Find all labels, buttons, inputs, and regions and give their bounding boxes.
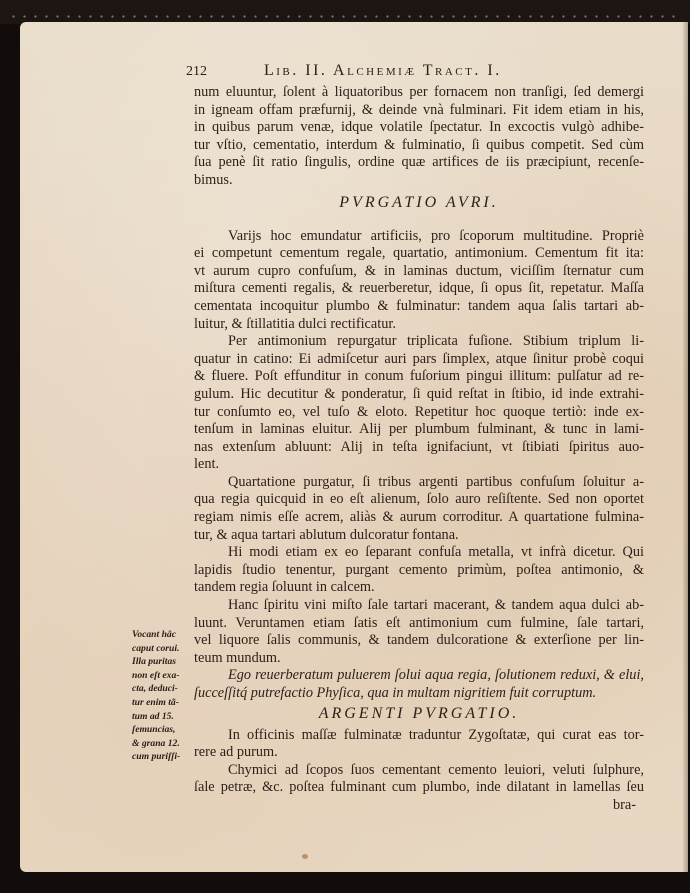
margin-note-line: Illa puritas bbox=[132, 655, 200, 669]
page-number: 212 bbox=[186, 64, 207, 80]
running-head: 212 Lib. II. Alchemiæ Tract. I. bbox=[186, 62, 646, 82]
text-line: luunt. Veruntamen etiam ſatis eſt antimo… bbox=[194, 615, 644, 633]
catchword: bra- bbox=[194, 797, 644, 815]
text-line: bimus. bbox=[194, 172, 644, 190]
text-line: qua regia quicquid in eo eſt alienum, ſo… bbox=[194, 491, 644, 509]
text-line: tur conſumto eo, vel tuſo & eloto. Repet… bbox=[194, 404, 644, 422]
text-line: ſale petræ, &c. poſtea fulminant cum plu… bbox=[194, 779, 644, 797]
section-heading-gold: PVRGATIO AVRI. bbox=[194, 192, 644, 216]
text-line: lent. bbox=[194, 456, 644, 474]
section-heading-silver: ARGENTI PVRGATIO. bbox=[194, 703, 644, 727]
text-line: num eluuntur, ſolent à liquatoribus per … bbox=[194, 84, 644, 102]
text-line: Per antimonium repurgatur triplicata fuſ… bbox=[194, 333, 644, 351]
text-line: Hi modi etiam ex eo ſeparant confuſa met… bbox=[194, 544, 644, 562]
text-line: vt aurum cupro confuſum, & in laminas du… bbox=[194, 263, 644, 281]
text-line: in igneam offam præfurnij, & deinde vnà … bbox=[194, 102, 644, 120]
text-line: tandem regia ſoluunt in calcem. bbox=[194, 579, 644, 597]
text-line: in quibus parum venæ, idque volatile ſpe… bbox=[194, 119, 644, 137]
text-line: miſtura cementi regalis, & reuerberetur,… bbox=[194, 280, 644, 298]
text-line: rere ad purum. bbox=[194, 744, 644, 762]
text-line: Hanc ſpiritu vini miſto ſale tartari mac… bbox=[194, 597, 644, 615]
text-line: Quartatione purgatur, ſi tribus argenti … bbox=[194, 474, 644, 492]
italic-note-line: ſucceſſitq́ putrefactio Phyſica, qua in … bbox=[194, 685, 644, 703]
paper-stain bbox=[302, 854, 308, 859]
text-line: gulum. Hic decutitur & ponderatur, ſi qu… bbox=[194, 386, 644, 404]
margin-note-line: tur enim tã- bbox=[132, 696, 200, 710]
italic-note-line: Ego reuerberatum puluerem ſolui aqua reg… bbox=[194, 667, 644, 685]
margin-note-line: Vocant hâc bbox=[132, 628, 200, 642]
text-line: tur, & aqua tartari ablutum dulcoratur f… bbox=[194, 527, 644, 545]
text-line: Varijs hoc emundatur artificiis, pro ſco… bbox=[194, 228, 644, 246]
running-title: Lib. II. Alchemiæ Tract. I. bbox=[264, 62, 502, 80]
text-line: In officinis maſſæ fulminatæ traduntur Z… bbox=[194, 727, 644, 745]
text-line: tur vſtio, cementatio, interdum & fulmin… bbox=[194, 137, 644, 155]
margin-note-line: cta, deduci- bbox=[132, 682, 200, 696]
text-line: quatur in catino: Ei admiſcetur auri par… bbox=[194, 351, 644, 369]
main-text: num eluuntur, ſolent à liquatoribus per … bbox=[194, 84, 644, 815]
text-line: ſua penè ſit ratio ſingulis, ordine quæ … bbox=[194, 154, 644, 172]
text-line: regiam nimis eſſe acrem, aliàs & aurum c… bbox=[194, 509, 644, 527]
binding-stitches bbox=[8, 15, 678, 18]
margin-note-line: tum ad 15. bbox=[132, 710, 200, 724]
text-line: nas extenſum abluunt: Alij in teſta igni… bbox=[194, 439, 644, 457]
text-line: cementata incoquitur plumbo & fulminatur… bbox=[194, 298, 644, 316]
text-line: lapidis ſtudio tenentur, purgant cemento… bbox=[194, 562, 644, 580]
margin-note-line: non eſt exa- bbox=[132, 669, 200, 683]
margin-note-line: cum puriſſi- bbox=[132, 750, 200, 764]
marginal-note: Vocant hâc caput corui. Illa puritas non… bbox=[132, 628, 200, 764]
margin-note-line: caput corui. bbox=[132, 642, 200, 656]
binding-edge bbox=[0, 0, 690, 24]
text-line: & fluere. Poſt effunditur in conum fuſor… bbox=[194, 368, 644, 386]
text-line: vel liquore ſalis communis, & tandem dul… bbox=[194, 632, 644, 650]
margin-note-line: & grana 12. bbox=[132, 737, 200, 751]
text-line: teum mundum. bbox=[194, 650, 644, 668]
text-line: tenſum in laminas eluitur. Alij per plum… bbox=[194, 421, 644, 439]
text-line: luitur, & ſtillatitia dulci rectificatur… bbox=[194, 316, 644, 334]
margin-note-line: ſemuncias, bbox=[132, 723, 200, 737]
text-line: ei competunt cementum regale, quartatio,… bbox=[194, 245, 644, 263]
text-line: Chymici ad ſcopos ſuos cementant cemento… bbox=[194, 762, 644, 780]
